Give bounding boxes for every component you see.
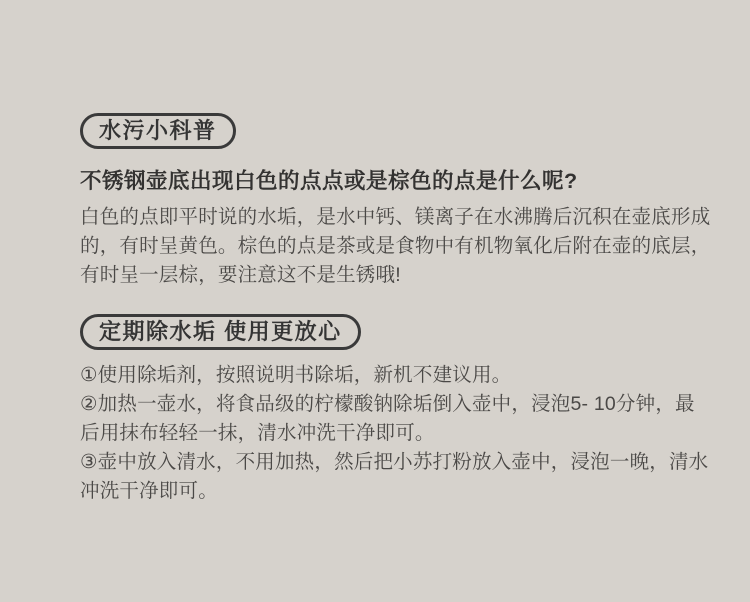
descaling-step-3: ③壶中放入清水，不用加热，然后把小苏打粉放入壶中，浸泡一晚，清水冲洗干净即可。 — [80, 448, 712, 506]
science-section-body: 白色的点即平时说的水垢，是水中钙、镁离子在水沸腾后沉积在壶底形成的，有时呈黄色。… — [80, 203, 712, 290]
product-description-page: 水污小科普 不锈钢壶底出现白色的点点或是棕色的点是什么呢? 白色的点即平时说的水… — [0, 0, 750, 602]
descaling-step-2: ②加热一壶水，将食品级的柠檬酸钠除垢倒入壶中，浸泡5- 10分钟，最后用抹布轻轻… — [80, 390, 712, 448]
section-water-stain-science: 水污小科普 不锈钢壶底出现白色的点点或是棕色的点是什么呢? 白色的点即平时说的水… — [80, 113, 712, 290]
descaling-section-badge: 定期除水垢 使用更放心 — [80, 314, 361, 350]
science-section-badge: 水污小科普 — [80, 113, 236, 149]
descaling-steps-list: ①使用除垢剂，按照说明书除垢，新机不建议用。 ②加热一壶水，将食品级的柠檬酸钠除… — [80, 361, 712, 506]
descaling-step-1: ①使用除垢剂，按照说明书除垢，新机不建议用。 — [80, 361, 712, 390]
section-descaling-tips: 定期除水垢 使用更放心 ①使用除垢剂，按照说明书除垢，新机不建议用。 ②加热一壶… — [80, 314, 712, 506]
science-section-heading: 不锈钢壶底出现白色的点点或是棕色的点是什么呢? — [80, 168, 712, 195]
